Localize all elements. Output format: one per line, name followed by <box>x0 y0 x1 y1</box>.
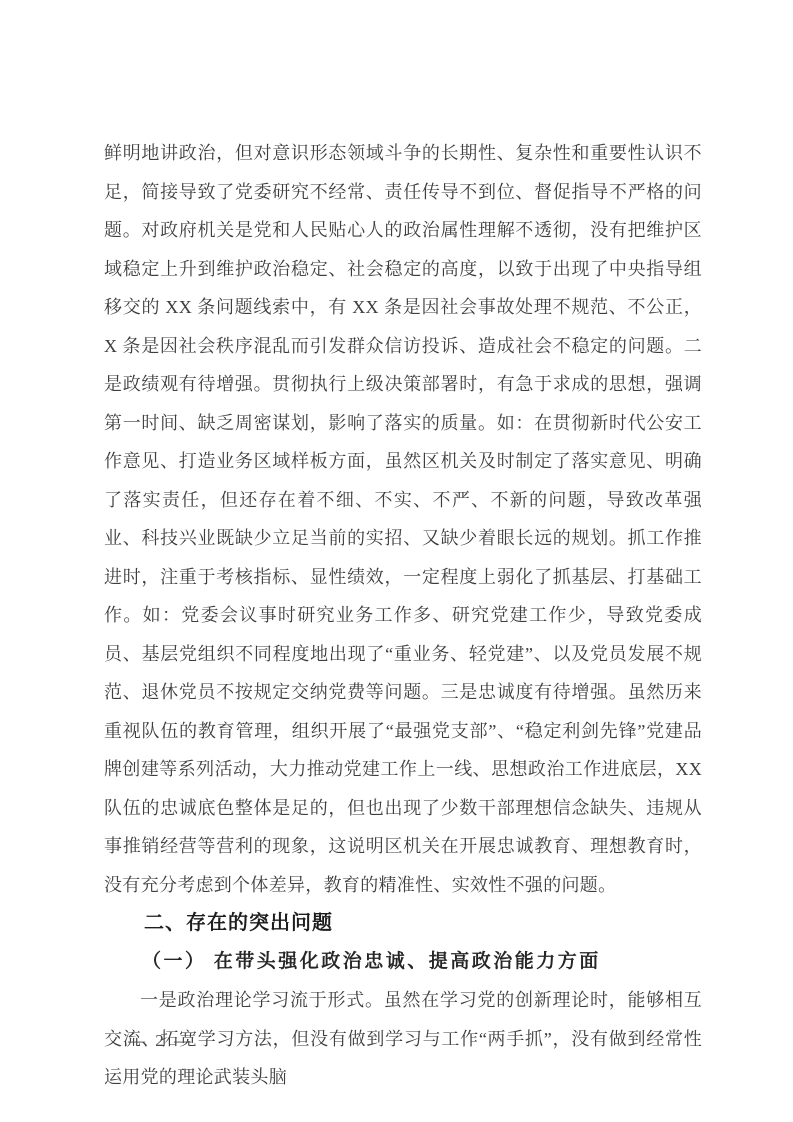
page-number: — 2 — <box>128 1031 194 1051</box>
section-heading: 二、存在的突出问题 <box>104 904 702 943</box>
subsection-heading: （一） 在带头强化政治忠诚、提高政治能力方面 <box>104 943 702 982</box>
paragraph-continuation: 鲜明地讲政治，但对意识形态领域斗争的长期性、复杂性和重要性认识不足，简接导致了党… <box>104 134 702 904</box>
document-body: 鲜明地讲政治，但对意识形态领域斗争的长期性、复杂性和重要性认识不足，简接导致了党… <box>104 134 702 1097</box>
document-page: 鲜明地讲政治，但对意识形态领域斗争的长期性、复杂性和重要性认识不足，简接导致了党… <box>0 0 793 1122</box>
